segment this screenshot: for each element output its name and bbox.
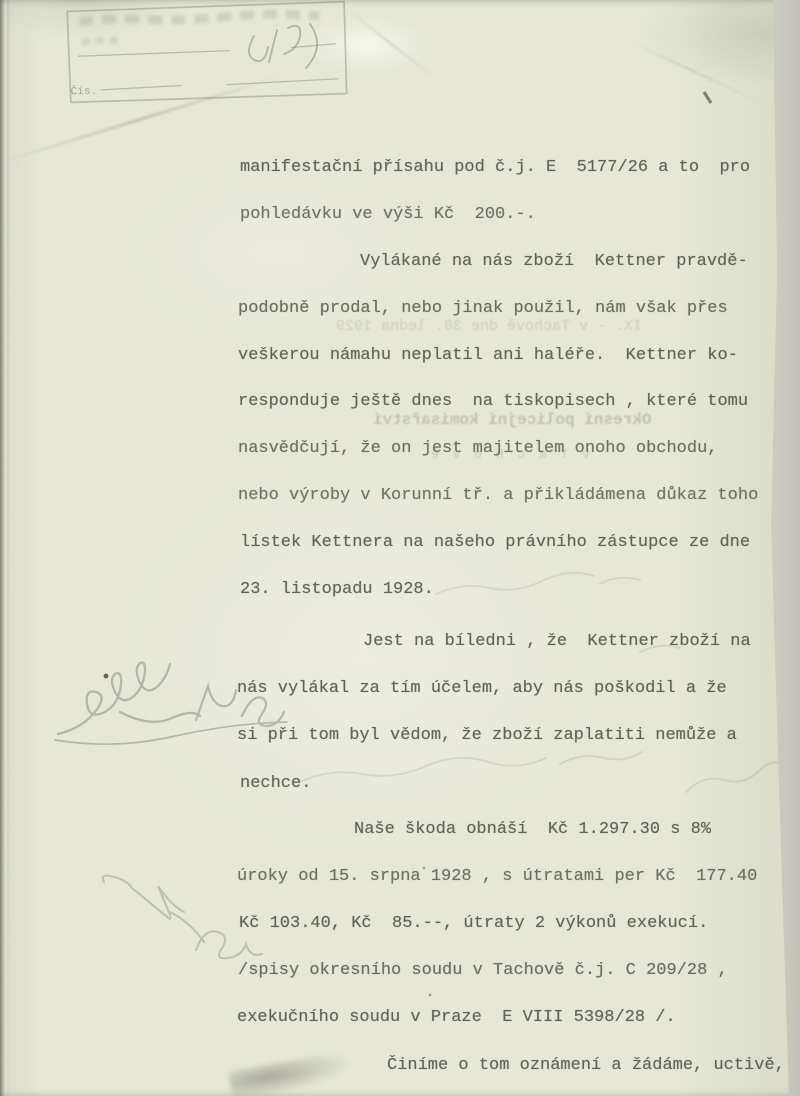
typewritten-line: Činíme o tom oznámení a žádáme, uctivě, bbox=[387, 1056, 785, 1076]
crease-top-right bbox=[625, 38, 762, 103]
typewritten-line: lístek Kettnera na našeho právního zástu… bbox=[240, 533, 750, 553]
typewritten-line: responduje ještě dnes na tiskopisech , k… bbox=[238, 392, 748, 412]
stamp-caption: Čís. bbox=[70, 84, 97, 98]
crease-top-left bbox=[0, 74, 284, 165]
typewritten-line: podobně prodal, nebo jinak použil, nám v… bbox=[238, 299, 728, 319]
fold-shadow-bottom bbox=[228, 1049, 357, 1096]
ghost-text-date-line: IX. - v Tachově dne 30. ledna 1929 bbox=[272, 318, 642, 335]
typewritten-line: /spisy okresního soudu v Tachově č.j. C … bbox=[238, 961, 728, 981]
crease-stamp-right bbox=[342, 5, 438, 80]
typewritten-line: Vylákané na nás zboží Kettner pravdě- bbox=[360, 252, 748, 272]
typewritten-line: nebo výroby v Korunní tř. a přikládámena… bbox=[238, 486, 758, 506]
fold-left-edge bbox=[7, 0, 9, 1096]
typewritten-line: nás vylákal za tím účelem, aby nás poško… bbox=[237, 679, 727, 699]
stamp-handwriting bbox=[249, 24, 317, 68]
typewritten-line: nasvědčují, že on jest majitelem onoho o… bbox=[238, 439, 717, 459]
registry-stamp: Čís. bbox=[58, 0, 358, 120]
typewritten-line: Kč 103.40, Kč 85.--, útraty 2 výkonů exe… bbox=[239, 914, 708, 934]
typewritten-line: 23. listopadu 1928. bbox=[240, 580, 434, 600]
typewritten-line: veškerou námahu neplatil ani haléře. Ket… bbox=[238, 346, 738, 366]
stamp-frame bbox=[67, 2, 347, 103]
typewritten-line: Naše škoda obnáší Kč 1.297.30 s 8% bbox=[354, 820, 711, 840]
typewritten-line: manifestační přísahu pod č.j. E 5177/26 … bbox=[240, 158, 750, 178]
typewritten-line: úroky od 15. srpna 1928 , s útratami per… bbox=[237, 867, 757, 887]
ghost-text-office-name: Okresní policejní komisařství bbox=[373, 411, 651, 429]
scanned-page: Čís. IX. - v Tachově dne 30. ledna 1929 … bbox=[0, 0, 800, 1096]
typewritten-line: Jest na bíledni , že Kettner zboží na bbox=[363, 632, 751, 652]
typewritten-line: exekučního soudu v Praze E VIII 5398/28 … bbox=[237, 1008, 676, 1028]
typewritten-line: si při tom byl vědom, že zboží zaplatiti… bbox=[237, 726, 737, 746]
stamp-print-smudges bbox=[79, 13, 319, 42]
typewritten-line: pohledávku ve výši Kč 200.-. bbox=[240, 205, 536, 225]
typewritten-line: nechce. bbox=[240, 774, 311, 794]
paper-sheet: Čís. IX. - v Tachově dne 30. ledna 1929 … bbox=[0, 0, 791, 1096]
